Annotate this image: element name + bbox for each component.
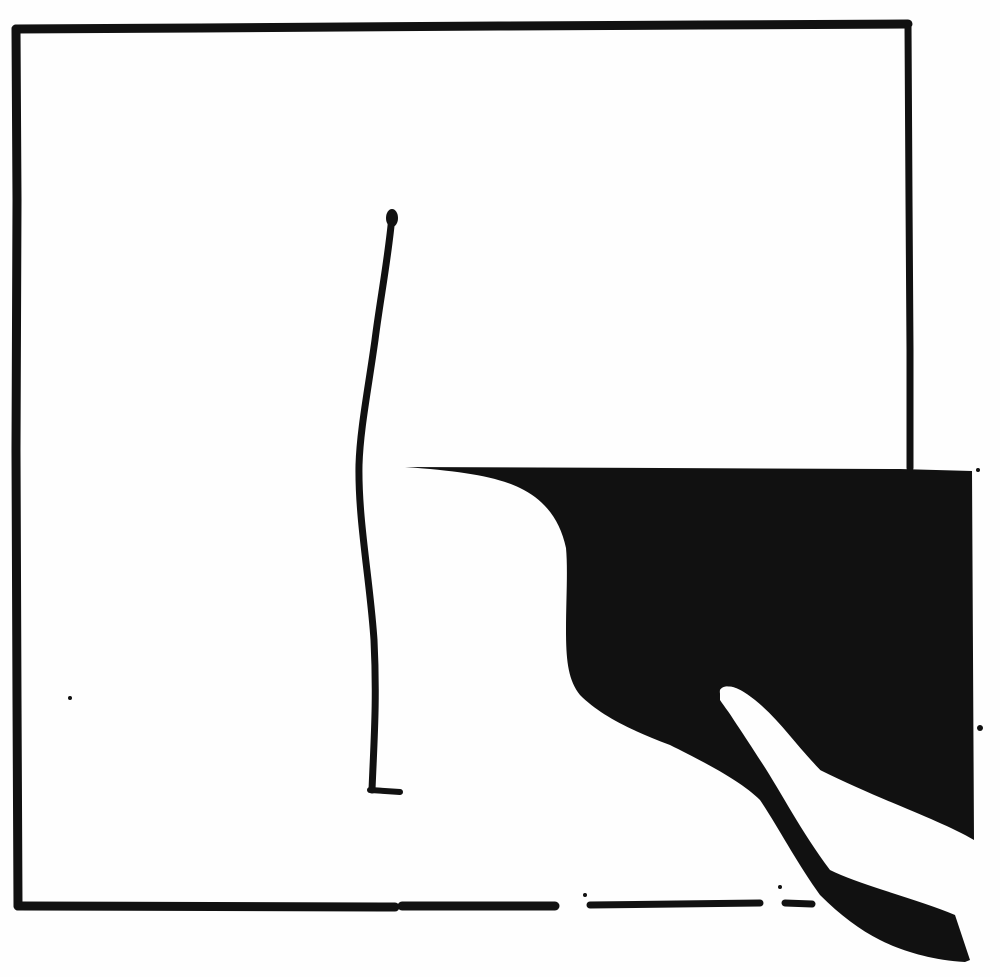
vertical-stroke-top-dot	[386, 209, 398, 227]
ink-speck	[778, 885, 782, 889]
ink-speck	[977, 725, 983, 731]
frame-bottom-segment-4	[785, 903, 812, 904]
frame-right	[908, 24, 910, 468]
ink-speck	[583, 893, 587, 897]
print-artwork	[0, 0, 1000, 977]
frame-left	[16, 29, 18, 906]
frame-bottom-segment-3	[590, 903, 760, 905]
vertical-stroke-foot	[370, 790, 400, 792]
ink-speck	[68, 696, 72, 700]
frame-top	[16, 24, 908, 29]
ink-speck	[976, 468, 980, 472]
frame-bottom-segment-1	[18, 906, 395, 907]
